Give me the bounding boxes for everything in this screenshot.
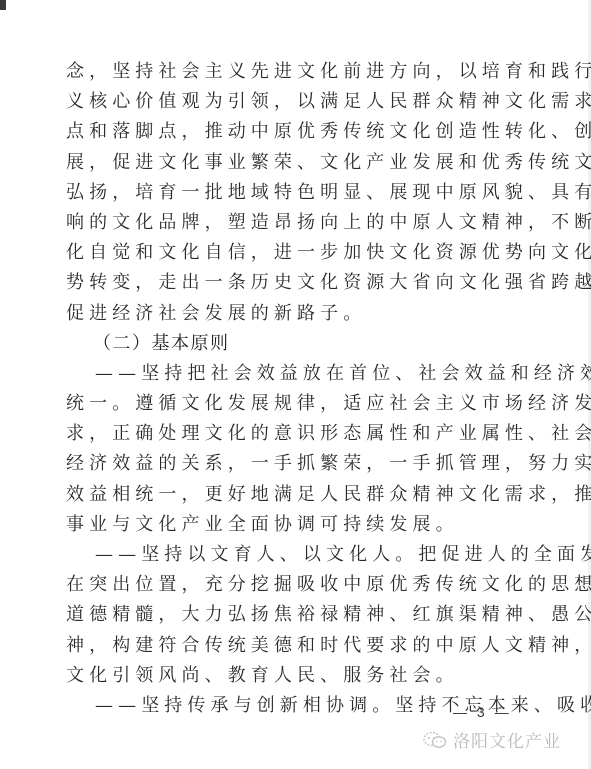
text-line: 点和落脚点，推动中原优秀传统文化创造性转化、创新性发 <box>66 117 521 147</box>
wechat-icon <box>423 731 447 749</box>
text-line: 化自觉和文化自信，进一步加快文化资源优势向文化发展优 <box>66 238 521 268</box>
paragraph-principle-2: ——坚持以文育人、以文化人。把促进人的全面发展放 在突出位置，充分挖掘吸收中原优… <box>66 540 521 691</box>
text-line: 促进经济社会发展的新路子。 <box>66 299 521 329</box>
document-body: 念，坚持社会主义先进文化前进方向，以培育和践行社会主 义核心价值观为引领，以满足… <box>66 57 521 721</box>
text-line: 道德精髓，大力弘扬焦裕禄精神、红旗渠精神、愚公移山精 <box>66 600 521 630</box>
text-line: 响的文化品牌，塑造昂扬向上的中原人文精神，不断增强文 <box>66 208 521 238</box>
watermark: 洛阳文化产业 <box>423 727 561 752</box>
text-line: 在突出位置，充分挖掘吸收中原优秀传统文化的思想精华、 <box>66 570 521 600</box>
watermark-text: 洛阳文化产业 <box>453 727 561 752</box>
paragraph-principle-1: ——坚持把社会效益放在首位、社会效益和经济效益相 统一。遵循文化发展规律，适应社… <box>66 359 521 540</box>
text-line: ——坚持把社会效益放在首位、社会效益和经济效益相 <box>66 359 521 389</box>
scan-corner-mark <box>0 0 6 10</box>
text-line: 弘扬，培育一批地域特色明显、展现中原风貌、具有国际影 <box>66 178 521 208</box>
text-line: 文化引领风尚、教育人民、服务社会。 <box>66 661 521 691</box>
paragraph-overview: 念，坚持社会主义先进文化前进方向，以培育和践行社会主 义核心价值观为引领，以满足… <box>66 57 521 329</box>
text-line: ——坚持以文育人、以文化人。把促进人的全面发展放 <box>66 540 521 570</box>
text-line: 神，构建符合传统美德和时代要求的中原人文精神，用先进 <box>66 631 521 661</box>
text-line: 效益相统一，更好地满足人民群众精神文化需求，推动文化 <box>66 480 521 510</box>
text-line: 经济效益的关系，一手抓繁荣，一手抓管理，努力实现两个 <box>66 449 521 479</box>
text-line: 势转变，走出一条历史文化资源大省向文化强省跨越、文化 <box>66 268 521 298</box>
text-line: 展，促进文化事业繁荣、文化产业发展和优秀传统文化传承 <box>66 148 521 178</box>
text-line: 义核心价值观为引领，以满足人民群众精神文化需求为出发 <box>66 87 521 117</box>
text-line: 统一。遵循文化发展规律，适应社会主义市场经济发展要 <box>66 389 521 419</box>
page-number: — 3 — <box>453 704 512 720</box>
text-line: 念，坚持社会主义先进文化前进方向，以培育和践行社会主 <box>66 57 521 87</box>
text-line: 求，正确处理文化的意识形态属性和产业属性、社会效益和 <box>66 419 521 449</box>
section-heading: （二）基本原则 <box>66 329 521 359</box>
text-line: 事业与文化产业全面协调可持续发展。 <box>66 510 521 540</box>
